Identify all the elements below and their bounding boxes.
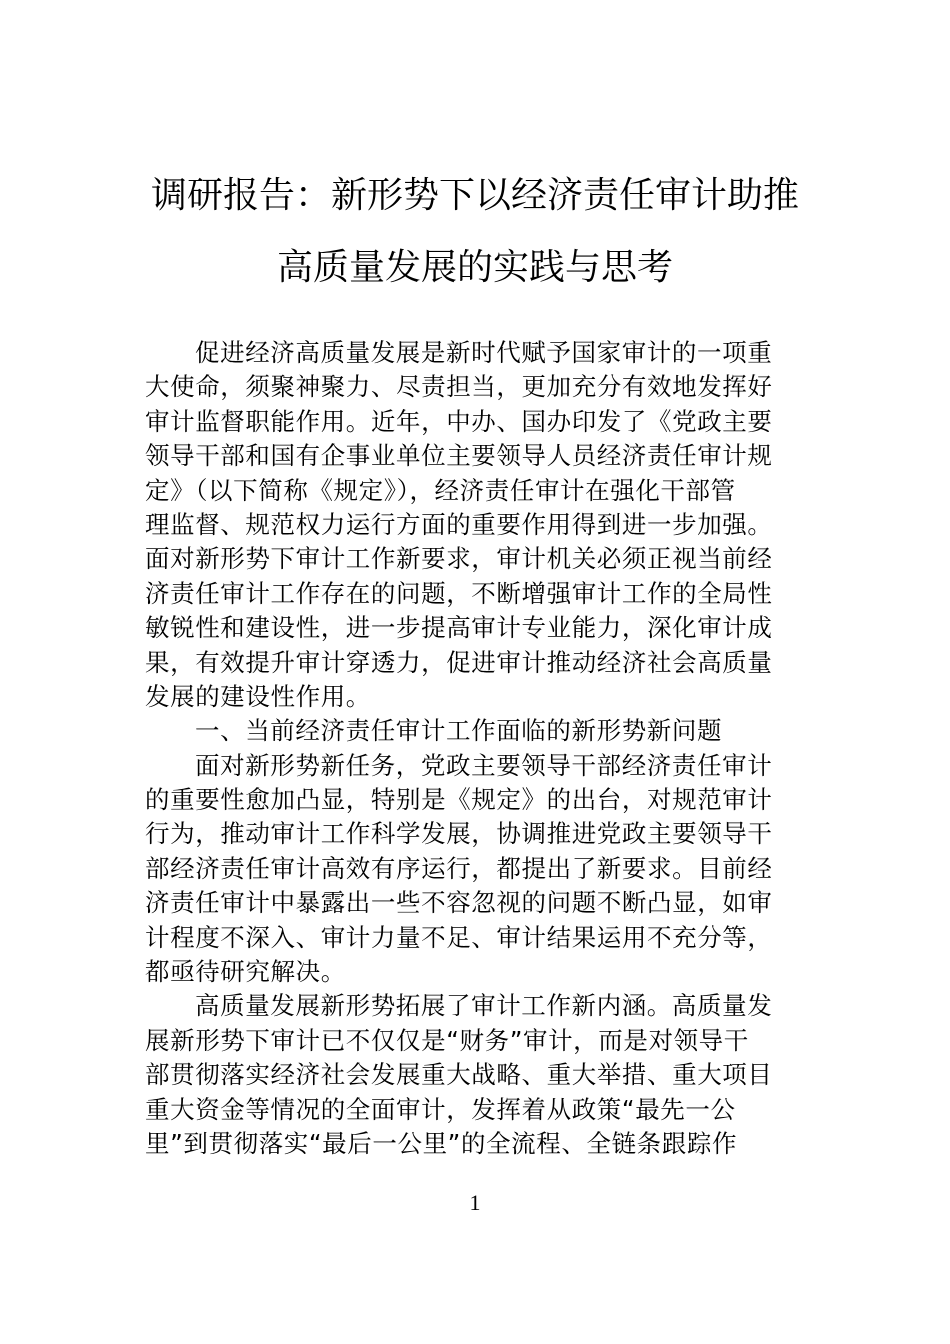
body-line: 理监督、规范权力运行方面的重要作用得到进一步加强。 <box>145 508 810 542</box>
document-body: 促进经济高质量发展是新时代赋予国家审计的一项重 大使命，须聚神聚力、尽责担当，更… <box>145 336 810 1161</box>
body-line: 济责任审计中暴露出一些不容忽视的问题不断凸显，如审 <box>145 886 810 920</box>
body-line: 面对新形势新任务，党政主要领导干部经济责任审计 <box>145 749 810 783</box>
body-line: 领导干部和国有企事业单位主要领导人员经济责任审计规 <box>145 439 810 473</box>
section-heading: 一、当前经济责任审计工作面临的新形势新问题 <box>145 714 810 748</box>
body-line: 高质量发展新形势拓展了审计工作新内涵。高质量发 <box>145 989 810 1023</box>
document-title-line-1: 调研报告：新形势下以经济责任审计助推 <box>0 178 950 214</box>
body-line: 敏锐性和建设性，进一步提高审计专业能力，深化审计成 <box>145 611 810 645</box>
body-line: 济责任审计工作存在的问题，不断增强审计工作的全局性 <box>145 577 810 611</box>
body-line: 部贯彻落实经济社会发展重大战略、重大举措、重大项目 <box>145 1058 810 1092</box>
page-number: 1 <box>0 1190 950 1216</box>
document-title-line-2: 高质量发展的实践与思考 <box>0 250 950 286</box>
body-line: 部经济责任审计高效有序运行，都提出了新要求。目前经 <box>145 852 810 886</box>
body-line: 重大资金等情况的全面审计，发挥着从政策“最先一公 <box>145 1093 810 1127</box>
body-line: 面对新形势下审计工作新要求，审计机关必须正视当前经 <box>145 542 810 576</box>
body-line: 的重要性愈加凸显，特别是《规定》的出台，对规范审计 <box>145 783 810 817</box>
body-line: 展新形势下审计已不仅仅是“财务”审计，而是对领导干 <box>145 1024 810 1058</box>
body-line: 大使命，须聚神聚力、尽责担当，更加充分有效地发挥好 <box>145 370 810 404</box>
body-line: 促进经济高质量发展是新时代赋予国家审计的一项重 <box>145 336 810 370</box>
body-line: 定》（以下简称《规定》），经济责任审计在强化干部管 <box>145 474 810 508</box>
body-line: 行为，推动审计工作科学发展，协调推进党政主要领导干 <box>145 817 810 851</box>
body-line: 都亟待研究解决。 <box>145 955 810 989</box>
body-line: 里”到贯彻落实“最后一公里”的全流程、全链条跟踪作 <box>145 1127 810 1161</box>
body-line: 果，有效提升审计穿透力，促进审计推动经济社会高质量 <box>145 646 810 680</box>
body-line: 发展的建设性作用。 <box>145 680 810 714</box>
body-line: 计程度不深入、审计力量不足、审计结果运用不充分等， <box>145 921 810 955</box>
body-line: 审计监督职能作用。近年，中办、国办印发了《党政主要 <box>145 405 810 439</box>
